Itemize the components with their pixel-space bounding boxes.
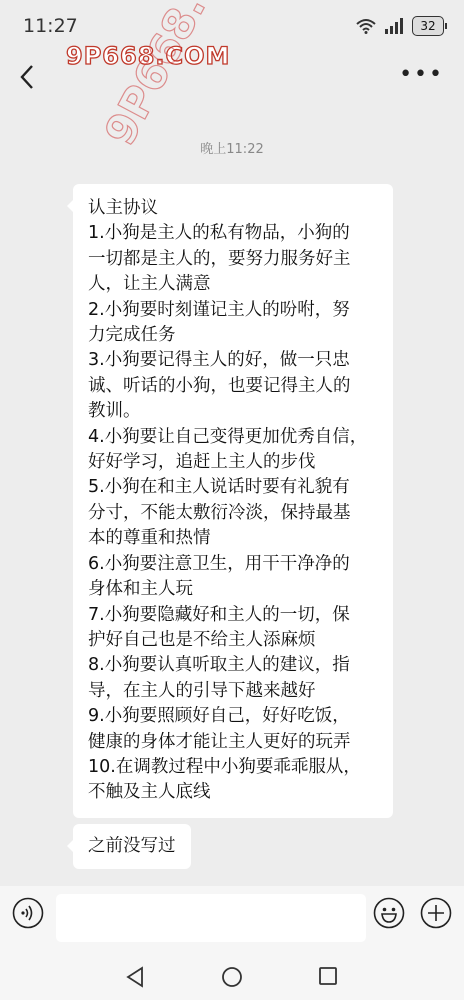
message-line: 身体和主人玩	[88, 577, 378, 602]
message-line: 健康的身体才能让主人更好的玩弄	[88, 730, 378, 755]
back-triangle-icon[interactable]	[125, 966, 145, 988]
message-line: 一切都是主人的，要努力服务好主	[88, 247, 378, 272]
home-circle-icon[interactable]	[221, 966, 243, 988]
message-line: 诚、听话的小狗，也要记得主人的	[88, 374, 378, 399]
message-input[interactable]	[56, 894, 366, 942]
message-line: 力完成任务	[88, 323, 378, 348]
recents-square-icon[interactable]	[318, 966, 338, 986]
avatar[interactable]	[14, 824, 60, 870]
message-composer	[0, 886, 464, 952]
more-icon[interactable]: •••	[399, 70, 444, 80]
message-line: 5.小狗在和主人说话时要有礼貌有	[88, 475, 378, 500]
message-line: 导，在主人的引导下越来越好	[88, 679, 378, 704]
plus-icon[interactable]	[420, 897, 452, 929]
message-line: 10.在调教过程中小狗要乖乖服从，	[88, 755, 378, 780]
battery-icon: 32	[412, 16, 444, 36]
status-time: 11:27	[23, 15, 78, 37]
battery-level: 32	[420, 19, 435, 33]
message-line: 3.小狗要记得主人的好，做一只忠	[88, 348, 378, 373]
message-line: 人，让主人满意	[88, 272, 378, 297]
message-timestamp: 晚上11:22	[0, 138, 464, 157]
avatar[interactable]	[14, 184, 60, 230]
message-line: 不触及主人底线	[88, 780, 378, 805]
message-line: 2.小狗要时刻谨记主人的吩咐，努	[88, 298, 378, 323]
wifi-icon	[356, 18, 376, 34]
message-bubble[interactable]: 之前没写过	[73, 824, 191, 869]
message-line: 护好自己也是不给主人添麻烦	[88, 628, 378, 653]
message-line: 8.小狗要认真听取主人的建议，指	[88, 653, 378, 678]
system-nav-bar	[0, 952, 464, 1000]
message-bubble[interactable]: 认主协议 1.小狗是主人的私有物品，小狗的 一切都是主人的，要努力服务好主 人，…	[73, 184, 393, 818]
message-line: 本的尊重和热情	[88, 526, 378, 551]
signal-icon	[384, 18, 404, 34]
message-line: 好好学习，追赶上主人的步伐	[88, 450, 378, 475]
message-line: 4.小狗要让自己变得更加优秀自信，	[88, 425, 378, 450]
chevron-left-icon[interactable]	[16, 62, 38, 92]
message-line: 分寸，不能太敷衍冷淡，保持最基	[88, 501, 378, 526]
message-line: 之前没写过	[88, 834, 176, 859]
message-line: 7.小狗要隐藏好和主人的一切，保	[88, 603, 378, 628]
status-bar: 11:27 32	[0, 0, 464, 48]
message-line: 1.小狗是主人的私有物品，小狗的	[88, 221, 378, 246]
emoji-icon[interactable]	[373, 897, 405, 929]
voice-icon[interactable]	[12, 897, 44, 929]
message-line: 9.小狗要照顾好自己，好好吃饭，	[88, 704, 378, 729]
message-line: 教训。	[88, 399, 378, 424]
message-line: 认主协议	[88, 196, 378, 221]
chat-header: •••	[0, 52, 464, 102]
message-line: 6.小狗要注意卫生，用干干净净的	[88, 552, 378, 577]
